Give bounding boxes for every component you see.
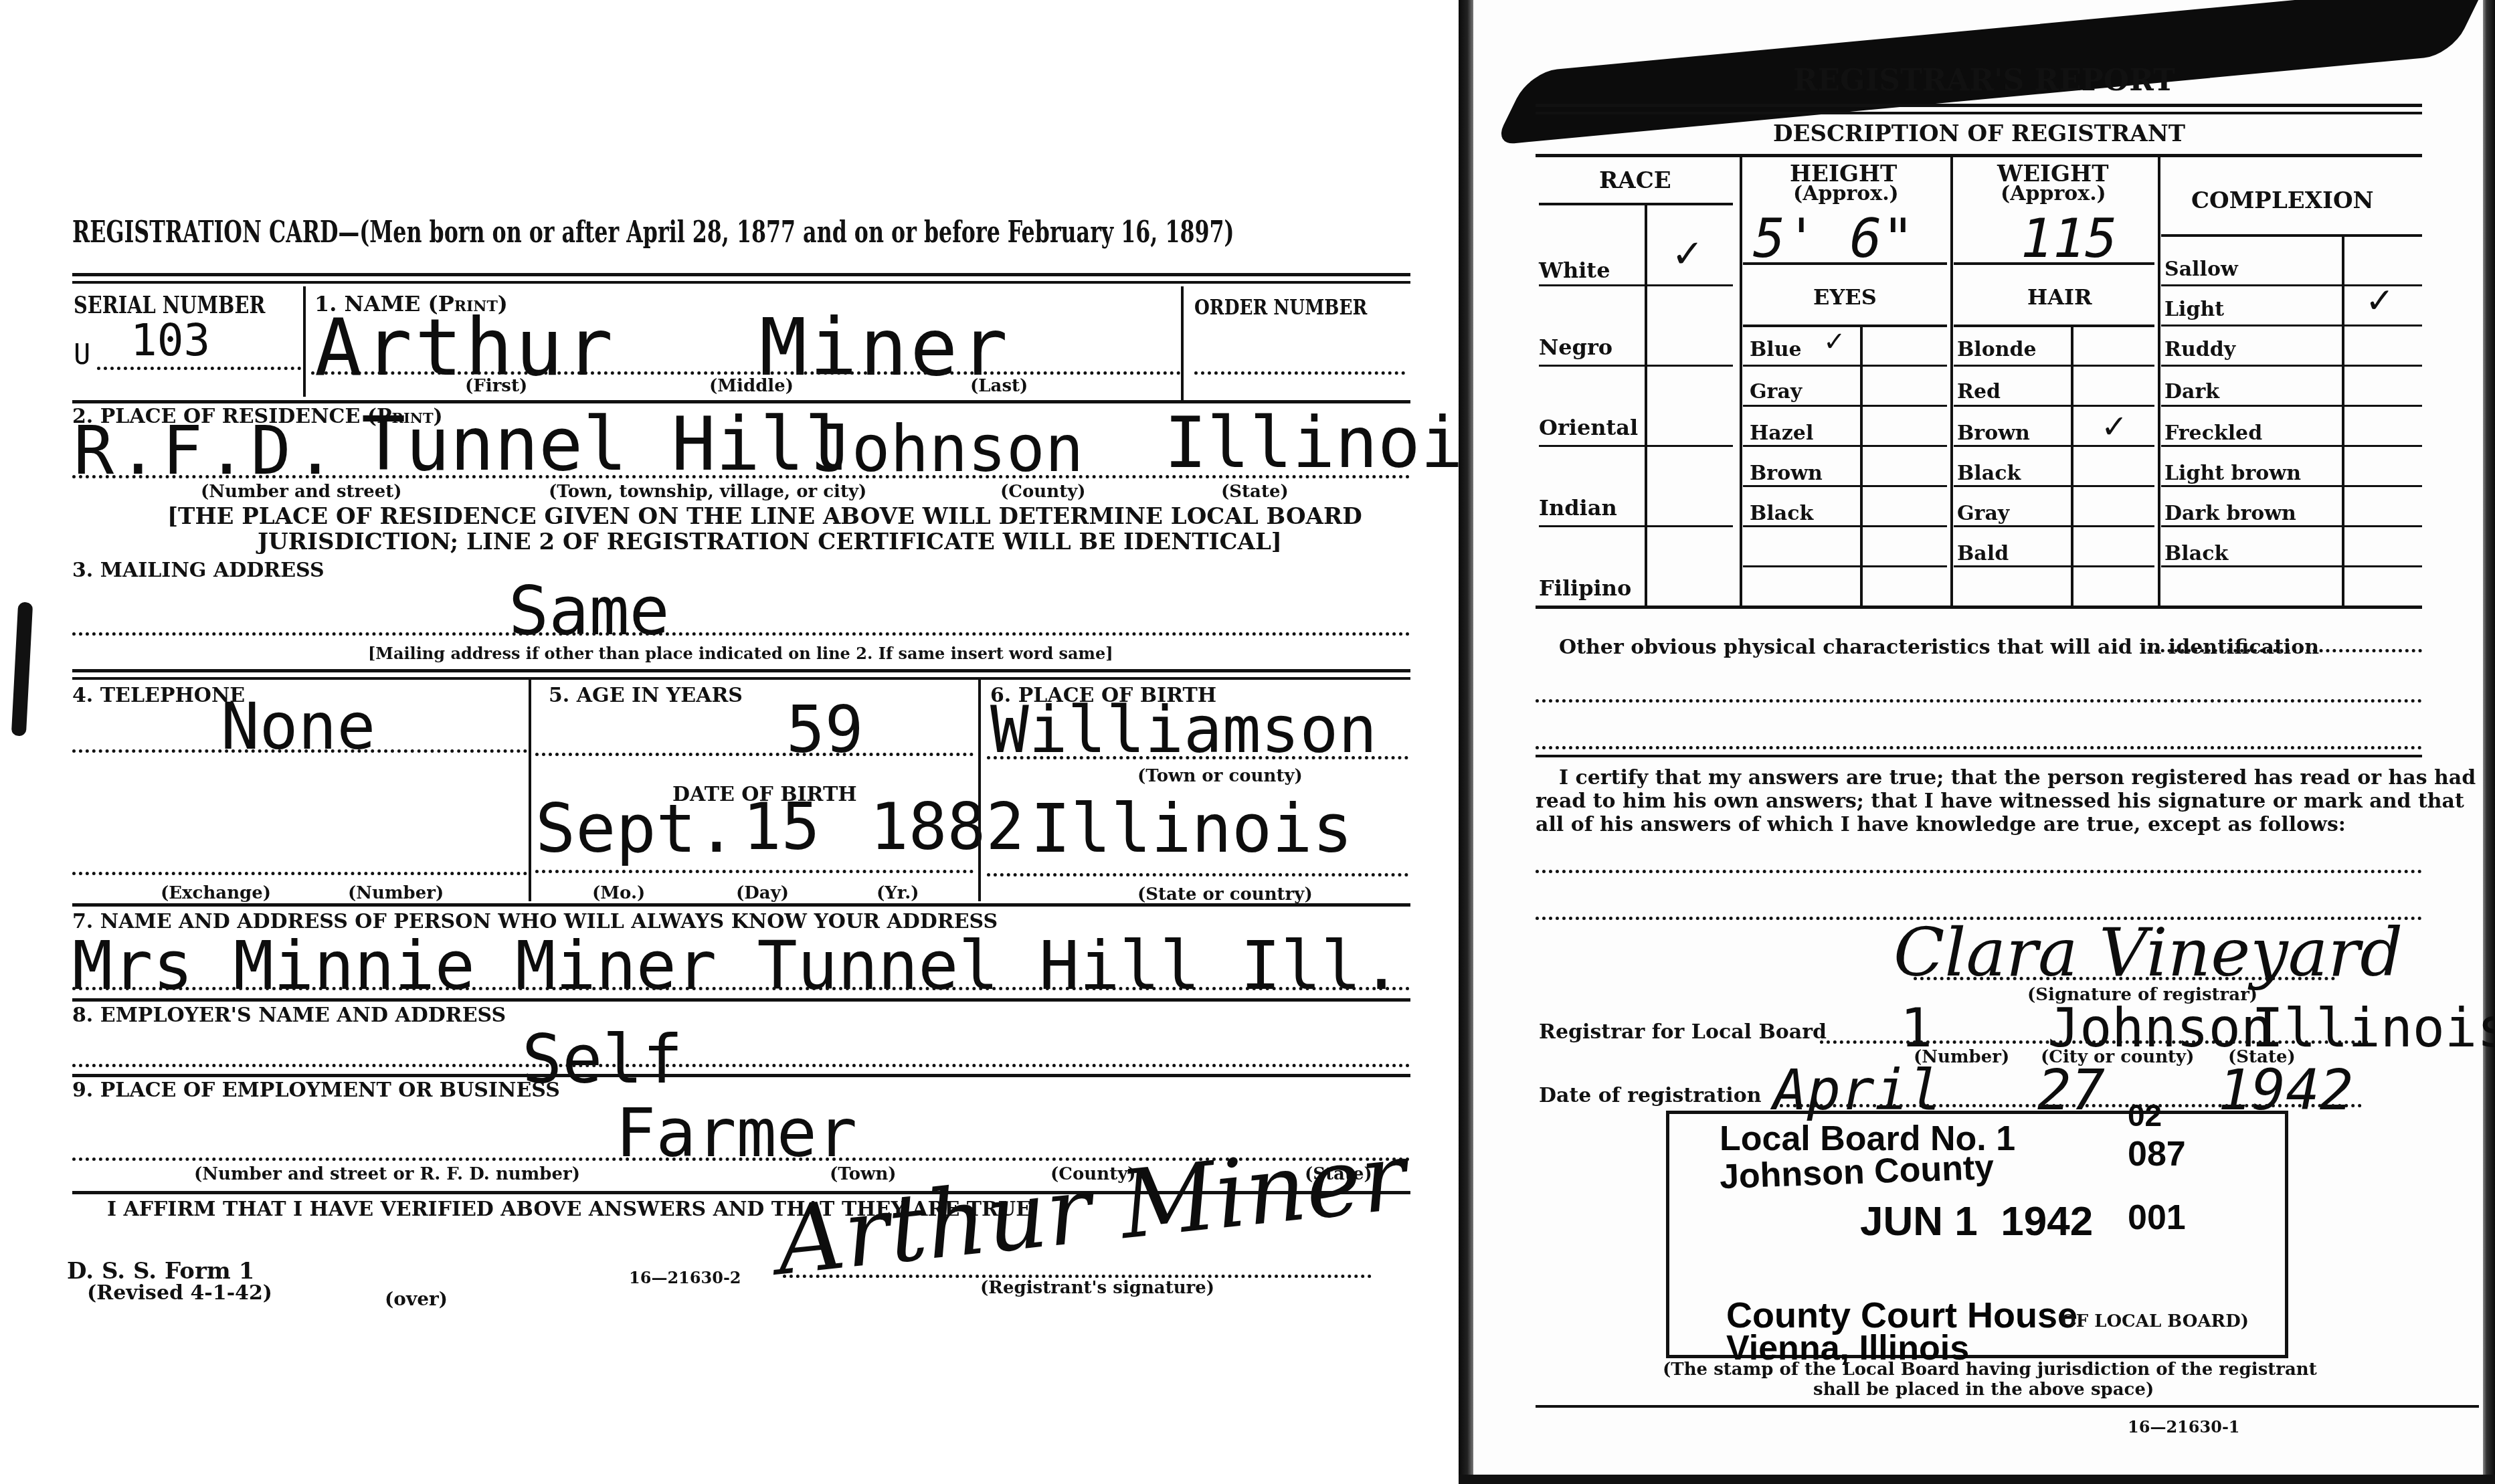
certification-line-2: read to him his own answers; that I have…: [1536, 790, 2464, 813]
middle-caption: (Middle): [709, 376, 794, 396]
street-caption: (Number and street): [201, 482, 402, 502]
state-caption: (State): [1221, 482, 1289, 502]
hair-blonde: Blonde: [1957, 338, 2037, 361]
local-board-label: Registrar for Local Board: [1539, 1020, 1827, 1044]
stamp-code-1: 087: [2128, 1134, 2186, 1174]
form-revised: (Revised 4-1-42): [87, 1281, 272, 1305]
mailing-address-label: 3. MAILING ADDRESS: [72, 559, 325, 582]
age-label: 5. AGE IN YEARS: [549, 684, 743, 707]
registration-card: REGISTRATION CARD—(Men born on or after …: [67, 201, 1418, 1184]
county-caption: (County): [1000, 482, 1086, 502]
serial-prefix: U: [74, 338, 90, 371]
mailing-caption: [Mailing address if other than place ind…: [368, 644, 1113, 663]
form-id: D. S. S. Form 1: [67, 1258, 254, 1285]
hair-header: HAIR: [2027, 284, 2092, 310]
birth-state-caption: (State or country): [1137, 885, 1313, 905]
stamp-caption-1: (The stamp of the Local Board having jur…: [1663, 1360, 2317, 1380]
hair-brown: Brown: [1957, 422, 2030, 445]
eyes-brown: Brown: [1750, 462, 1823, 485]
day-caption: (Day): [736, 883, 789, 903]
complexion-light: Light: [2164, 298, 2224, 321]
complexion-black: Black: [2164, 542, 2228, 565]
last-caption: (Last): [970, 376, 1028, 396]
birth-state-value: Illinois: [1030, 790, 1353, 868]
other-characteristics-label: Other obvious physical characteristics t…: [1559, 636, 2319, 659]
stamp-code-2: 001: [2128, 1198, 2186, 1238]
employer-label: 8. EMPLOYER'S NAME AND ADDRESS: [72, 1004, 506, 1027]
employment-place-label: 9. PLACE OF EMPLOYMENT OR BUSINESS: [72, 1079, 560, 1102]
eyes-gray: Gray: [1750, 380, 1802, 403]
eyes-black: Black: [1750, 502, 1813, 525]
residence-notice-1: [THE PLACE OF RESIDENCE GIVEN ON THE LIN…: [167, 503, 1362, 530]
town-caption: (Town, township, village, or city): [549, 482, 866, 502]
race-filipino: Filipino: [1539, 575, 1631, 601]
registrars-report-card: REGISTRAR'S REPORT DESCRIPTION OF REGIST…: [1459, 0, 2495, 1484]
stamp-code-top: 02: [2128, 1097, 2162, 1133]
eyes-blue: Blue: [1750, 338, 1802, 361]
stamp-caption-2: shall be placed in the above space): [1813, 1380, 2154, 1400]
eyes-hazel: Hazel: [1750, 422, 1813, 445]
race-indian: Indian: [1539, 495, 1617, 521]
birth-month-value: Sept.: [535, 790, 737, 868]
over-label: (over): [385, 1288, 448, 1310]
hair-black: Black: [1957, 462, 2021, 485]
mailing-address-value: Same: [509, 572, 670, 650]
number-caption: (Number): [348, 883, 444, 903]
description-subtitle: DESCRIPTION OF REGISTRANT: [1773, 120, 2185, 147]
print-code-left: 16—21630-2: [629, 1268, 741, 1287]
stamp-caption-suffix: OF LOCAL BOARD): [2061, 1311, 2249, 1331]
complexion-light-check[interactable]: ✓: [2365, 281, 2395, 321]
residence-state: Illinois: [1164, 401, 1506, 484]
complexion-dark: Dark: [2164, 380, 2219, 403]
card-title: REGISTRATION CARD—(Men born on or after …: [72, 215, 1234, 250]
contact-person-value: Mrs Minnie Miner Tunnel Hill Ill.: [72, 927, 1402, 1005]
race-oriental: Oriental: [1539, 415, 1638, 440]
race-white: White: [1539, 258, 1610, 283]
report-title: REGISTRAR'S REPORT: [1793, 64, 2175, 98]
stamp-date: JUN 1 1942: [1860, 1198, 2093, 1245]
hair-red: Red: [1957, 380, 2001, 403]
telephone-value: None: [221, 689, 375, 764]
first-caption: (First): [465, 376, 527, 396]
complexion-freckled: Freckled: [2164, 422, 2262, 445]
employment-street-caption: (Number and street or R. F. D. number): [194, 1164, 580, 1184]
print-code-right: 16—21630-1: [2128, 1417, 2240, 1436]
certification-line-1: I certify that my answers are true; that…: [1559, 766, 2476, 790]
hair-bald: Bald: [1957, 542, 2009, 565]
year-caption: (Yr.): [876, 883, 919, 903]
complexion-header: COMPLEXION: [2191, 187, 2374, 214]
race-header: RACE: [1599, 167, 1671, 194]
date-of-registration-label: Date of registration: [1539, 1084, 1762, 1107]
month-caption: (Mo.): [592, 883, 645, 903]
complexion-sallow: Sallow: [2164, 258, 2238, 281]
birth-day-value: 15: [743, 790, 820, 864]
residence-town: Tunnel Hill: [361, 401, 848, 487]
margin-pencil-mark: [11, 602, 33, 737]
eyes-header: EYES: [1813, 284, 1877, 310]
race-negro: Negro: [1539, 335, 1612, 360]
complexion-ruddy: Ruddy: [2164, 338, 2235, 361]
complexion-dark-brown: Dark brown: [2164, 502, 2296, 525]
eyes-blue-check[interactable]: ✓: [1823, 327, 1846, 357]
weight-value: 115: [2021, 207, 2118, 270]
birth-town-caption: (Town or county): [1137, 766, 1303, 786]
serial-number-value: 103: [130, 314, 210, 366]
signature-caption: (Registrant's signature): [980, 1278, 1214, 1298]
residence-notice-2: JURISDICTION; LINE 2 OF REGISTRATION CER…: [258, 529, 1282, 555]
telephone-label: 4. TELEPHONE: [72, 684, 245, 707]
age-value: 59: [786, 692, 864, 767]
certification-line-3: all of his answers of which I have knowl…: [1536, 813, 2346, 836]
hair-gray: Gray: [1957, 502, 2009, 525]
complexion-light-brown: Light brown: [2164, 462, 2301, 485]
order-number-label: ORDER NUMBER: [1194, 294, 1367, 320]
birth-year-value: 1882: [870, 790, 1024, 864]
hair-brown-check[interactable]: ✓: [2101, 408, 2128, 446]
height-value: 5' 6": [1753, 207, 1914, 270]
height-sub: (Approx.): [1793, 182, 1899, 205]
exchange-caption: (Exchange): [161, 883, 271, 903]
race-white-check[interactable]: ✓: [1671, 231, 1704, 276]
weight-sub: (Approx.): [2001, 182, 2106, 205]
